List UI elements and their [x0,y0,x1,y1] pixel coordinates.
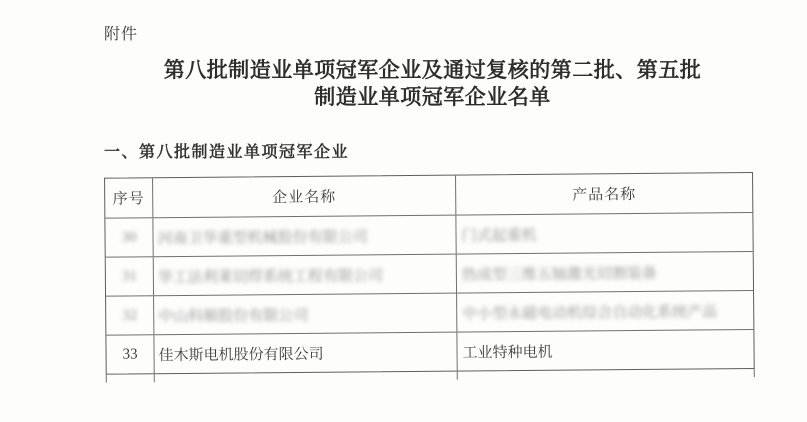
attachment-label: 附件 [104,21,138,44]
cell-product-name: 热成型三维五轴激光切割装备 [456,252,753,293]
cell-row-no: 31 [106,257,153,295]
cell-company-name: 佳木斯电机股份有限公司 [153,333,456,374]
table-row: 31 华工法利莱切焊系统工程有限公司 热成型三维五轴激光切割装备 [106,251,753,296]
cell-company-name: 华工法利莱切焊系统工程有限公司 [153,255,456,296]
cell-product-name: 中小型永磁电动机综合自动化系统产品 [456,291,753,332]
section-heading: 一、第八批制造业单项冠军企业 [104,139,349,162]
cell-row-no: 32 [106,296,153,334]
champion-enterprises-table: 序号 企业名称 产品名称 30 河南卫华重型机械股份有限公司 门式起重机 31 … [104,172,755,383]
document-title: 第八批制造业单项冠军企业及通过复核的第二批、第五批 制造业单项冠军企业名单 [105,57,760,111]
cell-product-name: 门式起重机 [455,213,752,254]
document-title-line2: 制造业单项冠军企业名单 [105,84,760,111]
cell-company-name: 河南卫华重型机械股份有限公司 [152,216,455,257]
cell-company-name: 中山科顺股份有限公司 [153,294,456,335]
document-title-line1: 第八批制造业单项冠军企业及通过复核的第二批、第五批 [105,57,760,84]
cell-row-no: 33 [106,335,153,373]
cell-row-no: 30 [105,218,152,256]
column-header-no: 序号 [105,178,152,217]
table-header-row: 序号 企业名称 产品名称 [105,173,752,218]
scanned-document-page: 附件 第八批制造业单项冠军企业及通过复核的第二批、第五批 制造业单项冠军企业名单… [0,0,807,422]
cell-product-name: 工业特种电机 [456,330,753,371]
table-row: 32 中山科顺股份有限公司 中小型永磁电动机综合自动化系统产品 [106,290,753,335]
table-row: 33 佳木斯电机股份有限公司 工业特种电机 [106,329,753,374]
column-header-company: 企业名称 [152,176,455,218]
column-header-product: 产品名称 [455,173,752,215]
table-row: 30 河南卫华重型机械股份有限公司 门式起重机 [105,212,752,257]
table-body: 序号 企业名称 产品名称 30 河南卫华重型机械股份有限公司 门式起重机 31 … [104,172,755,375]
